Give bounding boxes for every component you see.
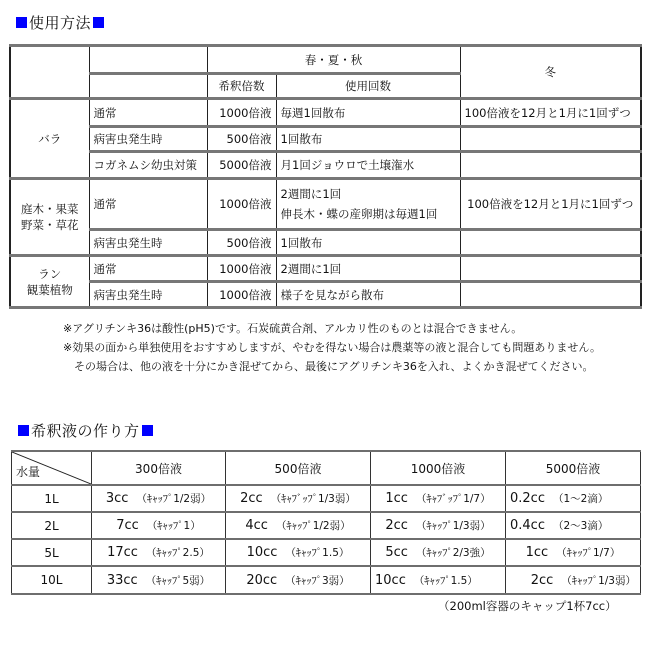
note-line: その場合は、他の液を十分にかき混ぜてから、最後にアグリチンキ36を入れ、よくかき… bbox=[63, 357, 601, 376]
case-cell: コガネムシ幼虫対策 bbox=[89, 152, 207, 179]
column-header: 1000倍液 bbox=[371, 451, 506, 485]
amount: 10cc bbox=[375, 573, 406, 588]
case-cell: 病害虫発生時 bbox=[89, 282, 207, 308]
cap-note: （ｷｬｯﾌﾟ1.5） bbox=[285, 547, 349, 559]
blue-square-icon bbox=[142, 425, 153, 436]
dilution-cell: 1000倍液 bbox=[207, 99, 276, 127]
table-row: 5L 17cc（ｷｬｯﾌﾟ2.5） 10cc（ｷｬｯﾌﾟ1.5） 5cc（ｷｬｯ… bbox=[12, 539, 641, 566]
amount: 20cc bbox=[246, 573, 277, 588]
plant-name: 庭木・果菜 野菜・草花 bbox=[10, 179, 89, 256]
case-cell: 通常 bbox=[89, 256, 207, 282]
amount: 2cc bbox=[385, 518, 408, 533]
cap-note: （ｷｬｯﾌﾟ1/3弱） bbox=[561, 575, 636, 587]
dilution-heading-text: 希釈液の作り方 bbox=[31, 420, 140, 441]
winter-header: 冬 bbox=[460, 46, 641, 99]
cap-note: （ｷｬｯﾌﾟ1/2弱） bbox=[276, 520, 351, 532]
amount-cell: 2cc（ｷｬｯﾌﾟ1/3弱） bbox=[371, 512, 506, 539]
amount-cell: 0.2cc（1～2滴） bbox=[506, 485, 641, 512]
table-row: ラン 観葉植物 通常 1000倍液 2週間に1回 bbox=[10, 256, 641, 282]
cap-note: （ｷｬｯﾌﾟ1.5） bbox=[414, 575, 478, 587]
cap-note: （ｷｬｯﾌﾟ3弱） bbox=[285, 575, 349, 587]
amount-cell: 2cc（ｷｬｯﾌﾟ1/3弱） bbox=[506, 566, 641, 594]
header-empty-2 bbox=[89, 46, 207, 74]
blue-square-icon bbox=[18, 425, 29, 436]
table-row: 病害虫発生時 500倍液 1回散布 bbox=[10, 127, 641, 152]
plant-name-line2: 野菜・草花 bbox=[15, 217, 85, 233]
amount: 33cc bbox=[107, 573, 138, 588]
amount-cell: 5cc（ｷｬｯﾌﾟ2/3強） bbox=[371, 539, 506, 566]
dilution-cell: 1000倍液 bbox=[207, 282, 276, 308]
dilution-cell: 1000倍液 bbox=[207, 179, 276, 230]
amount: 17cc bbox=[107, 545, 138, 560]
frequency-cell: 月1回ジョウロで土壌潅水 bbox=[276, 152, 460, 179]
amount-cell: 1cc（ｷｬﾌﾞｯﾌﾟ1/7） bbox=[371, 485, 506, 512]
dilution-cell: 1000倍液 bbox=[207, 256, 276, 282]
amount-cell: 0.4cc（2～3滴） bbox=[506, 512, 641, 539]
cap-note: （2～3滴） bbox=[553, 520, 608, 532]
winter-cell bbox=[460, 127, 641, 152]
winter-cell bbox=[460, 256, 641, 282]
table-row: 10L 33cc（ｷｬｯﾌﾟ5弱） 20cc（ｷｬｯﾌﾟ3弱） 10cc（ｷｬｯ… bbox=[12, 566, 641, 594]
amount-cell: 33cc（ｷｬｯﾌﾟ5弱） bbox=[92, 566, 226, 594]
cap-note: （ｷｬｯﾌﾟ5弱） bbox=[146, 575, 210, 587]
frequency-cell: 毎週1回散布 bbox=[276, 99, 460, 127]
table-row: 病害虫発生時 500倍液 1回散布 bbox=[10, 230, 641, 256]
cap-footnote: （200ml容器のキャップ1杯7cc） bbox=[438, 598, 617, 614]
amount: 3cc bbox=[106, 491, 129, 506]
frequency-line1: 2週間に1回 bbox=[281, 184, 456, 204]
amount-cell: 10cc（ｷｬｯﾌﾟ1.5） bbox=[371, 566, 506, 594]
table-row: 1L 3cc（ｷｬｯﾌﾟ1/2弱） 2cc（ｷｬﾌﾞｯﾌﾟ1/3弱） 1cc（ｷ… bbox=[12, 485, 641, 512]
water-cell: 5L bbox=[12, 539, 92, 566]
usage-notes: ※アグリチンキ36は酸性(pH5)です。石炭硫黄合剤、アルカリ性のものとは混合で… bbox=[63, 319, 601, 376]
usage-heading: 使用方法 bbox=[14, 12, 106, 33]
season-group-header: 春・夏・秋 bbox=[207, 46, 460, 74]
dilution-cell: 500倍液 bbox=[207, 230, 276, 256]
amount-cell: 4cc（ｷｬｯﾌﾟ1/2弱） bbox=[226, 512, 371, 539]
dilution-cell: 500倍液 bbox=[207, 127, 276, 152]
table-row: 病害虫発生時 1000倍液 様子を見ながら散布 bbox=[10, 282, 641, 308]
case-cell: 病害虫発生時 bbox=[89, 230, 207, 256]
dilution-cell: 5000倍液 bbox=[207, 152, 276, 179]
note-line: ※効果の面から単独使用をおすすめしますが、やむを得ない場合は農薬等の液と混合して… bbox=[63, 338, 601, 357]
frequency-cell: 様子を見ながら散布 bbox=[276, 282, 460, 308]
amount: 1cc bbox=[526, 545, 549, 560]
corner-cell: 水量 bbox=[12, 451, 92, 485]
cap-note: （1～2滴） bbox=[553, 493, 608, 505]
column-header: 5000倍液 bbox=[506, 451, 641, 485]
note-line: ※アグリチンキ36は酸性(pH5)です。石炭硫黄合剤、アルカリ性のものとは混合で… bbox=[63, 319, 601, 338]
winter-cell: 100倍液を12月と1月に1回ずつ bbox=[460, 99, 641, 127]
table-row: バラ 通常 1000倍液 毎週1回散布 100倍液を12月と1月に1回ずつ bbox=[10, 99, 641, 127]
cap-note: （ｷｬｯﾌﾟ1/3弱） bbox=[416, 520, 491, 532]
header-empty-3 bbox=[89, 74, 207, 99]
amount: 1cc bbox=[385, 491, 408, 506]
cap-note: （ｷｬｯﾌﾟ1/2弱） bbox=[136, 493, 211, 505]
amount: 7cc bbox=[116, 518, 139, 533]
cap-note: （ｷｬｯﾌﾟ1） bbox=[147, 520, 201, 532]
water-cell: 10L bbox=[12, 566, 92, 594]
table-row: コガネムシ幼虫対策 5000倍液 月1回ジョウロで土壌潅水 bbox=[10, 152, 641, 179]
column-header: 500倍液 bbox=[226, 451, 371, 485]
amount-cell: 10cc（ｷｬｯﾌﾟ1.5） bbox=[226, 539, 371, 566]
winter-cell bbox=[460, 152, 641, 179]
water-amount-label: 水量 bbox=[16, 463, 40, 480]
table-row: 2L 7cc（ｷｬｯﾌﾟ1） 4cc（ｷｬｯﾌﾟ1/2弱） 2cc（ｷｬｯﾌﾟ1… bbox=[12, 512, 641, 539]
amount-cell: 17cc（ｷｬｯﾌﾟ2.5） bbox=[92, 539, 226, 566]
column-header: 300倍液 bbox=[92, 451, 226, 485]
dilution-header: 希釈倍数 bbox=[207, 74, 276, 99]
cap-note: （ｷｬｯﾌﾟ2/3強） bbox=[416, 547, 491, 559]
cap-note: （ｷｬｯﾌﾟ1/7） bbox=[556, 547, 620, 559]
amount: 2cc bbox=[240, 491, 263, 506]
amount-cell: 20cc（ｷｬｯﾌﾟ3弱） bbox=[226, 566, 371, 594]
case-cell: 通常 bbox=[89, 99, 207, 127]
amount-cell: 3cc（ｷｬｯﾌﾟ1/2弱） bbox=[92, 485, 226, 512]
frequency-cell: 2週間に1回 bbox=[276, 256, 460, 282]
amount: 2cc bbox=[531, 573, 554, 588]
plant-name-line2: 観葉植物 bbox=[15, 282, 85, 298]
plant-name: バラ bbox=[10, 99, 89, 179]
cap-note: （ｷｬｯﾌﾟ2.5） bbox=[146, 547, 210, 559]
blue-square-icon bbox=[16, 17, 27, 28]
header-empty bbox=[10, 46, 89, 99]
frequency-line2: 伸長木・蝶の産卵期は毎週1回 bbox=[281, 204, 456, 224]
amount-cell: 1cc（ｷｬｯﾌﾟ1/7） bbox=[506, 539, 641, 566]
plant-name-line1: 庭木・果菜 bbox=[15, 201, 85, 217]
winter-cell: 100倍液を12月と1月に1回ずつ bbox=[460, 179, 641, 230]
case-cell: 通常 bbox=[89, 179, 207, 230]
blue-square-icon bbox=[93, 17, 104, 28]
usage-heading-text: 使用方法 bbox=[29, 12, 91, 33]
cap-note: （ｷｬﾌﾞｯﾌﾟ1/7） bbox=[416, 493, 491, 505]
plant-name-line1: ラン bbox=[15, 266, 85, 282]
dilution-heading: 希釈液の作り方 bbox=[16, 420, 155, 441]
frequency-cell: 1回散布 bbox=[276, 127, 460, 152]
winter-cell bbox=[460, 230, 641, 256]
amount-cell: 7cc（ｷｬｯﾌﾟ1） bbox=[92, 512, 226, 539]
case-cell: 病害虫発生時 bbox=[89, 127, 207, 152]
dilution-table: 水量 300倍液 500倍液 1000倍液 5000倍液 1L 3cc（ｷｬｯﾌ… bbox=[11, 450, 641, 595]
amount: 0.2cc bbox=[510, 491, 545, 506]
frequency-header: 使用回数 bbox=[276, 74, 460, 99]
amount: 5cc bbox=[385, 545, 408, 560]
amount: 0.4cc bbox=[510, 518, 545, 533]
water-cell: 2L bbox=[12, 512, 92, 539]
winter-cell bbox=[460, 282, 641, 308]
table-row: 庭木・果菜 野菜・草花 通常 1000倍液 2週間に1回 伸長木・蝶の産卵期は毎… bbox=[10, 179, 641, 230]
frequency-cell: 1回散布 bbox=[276, 230, 460, 256]
plant-name: ラン 観葉植物 bbox=[10, 256, 89, 308]
water-cell: 1L bbox=[12, 485, 92, 512]
amount: 4cc bbox=[245, 518, 268, 533]
amount-cell: 2cc（ｷｬﾌﾞｯﾌﾟ1/3弱） bbox=[226, 485, 371, 512]
cap-note: （ｷｬﾌﾞｯﾌﾟ1/3弱） bbox=[271, 493, 356, 505]
usage-table: 春・夏・秋 冬 希釈倍数 使用回数 バラ 通常 1000倍液 毎週1回散布 10… bbox=[9, 44, 642, 309]
amount: 10cc bbox=[247, 545, 278, 560]
frequency-cell: 2週間に1回 伸長木・蝶の産卵期は毎週1回 bbox=[276, 179, 460, 230]
